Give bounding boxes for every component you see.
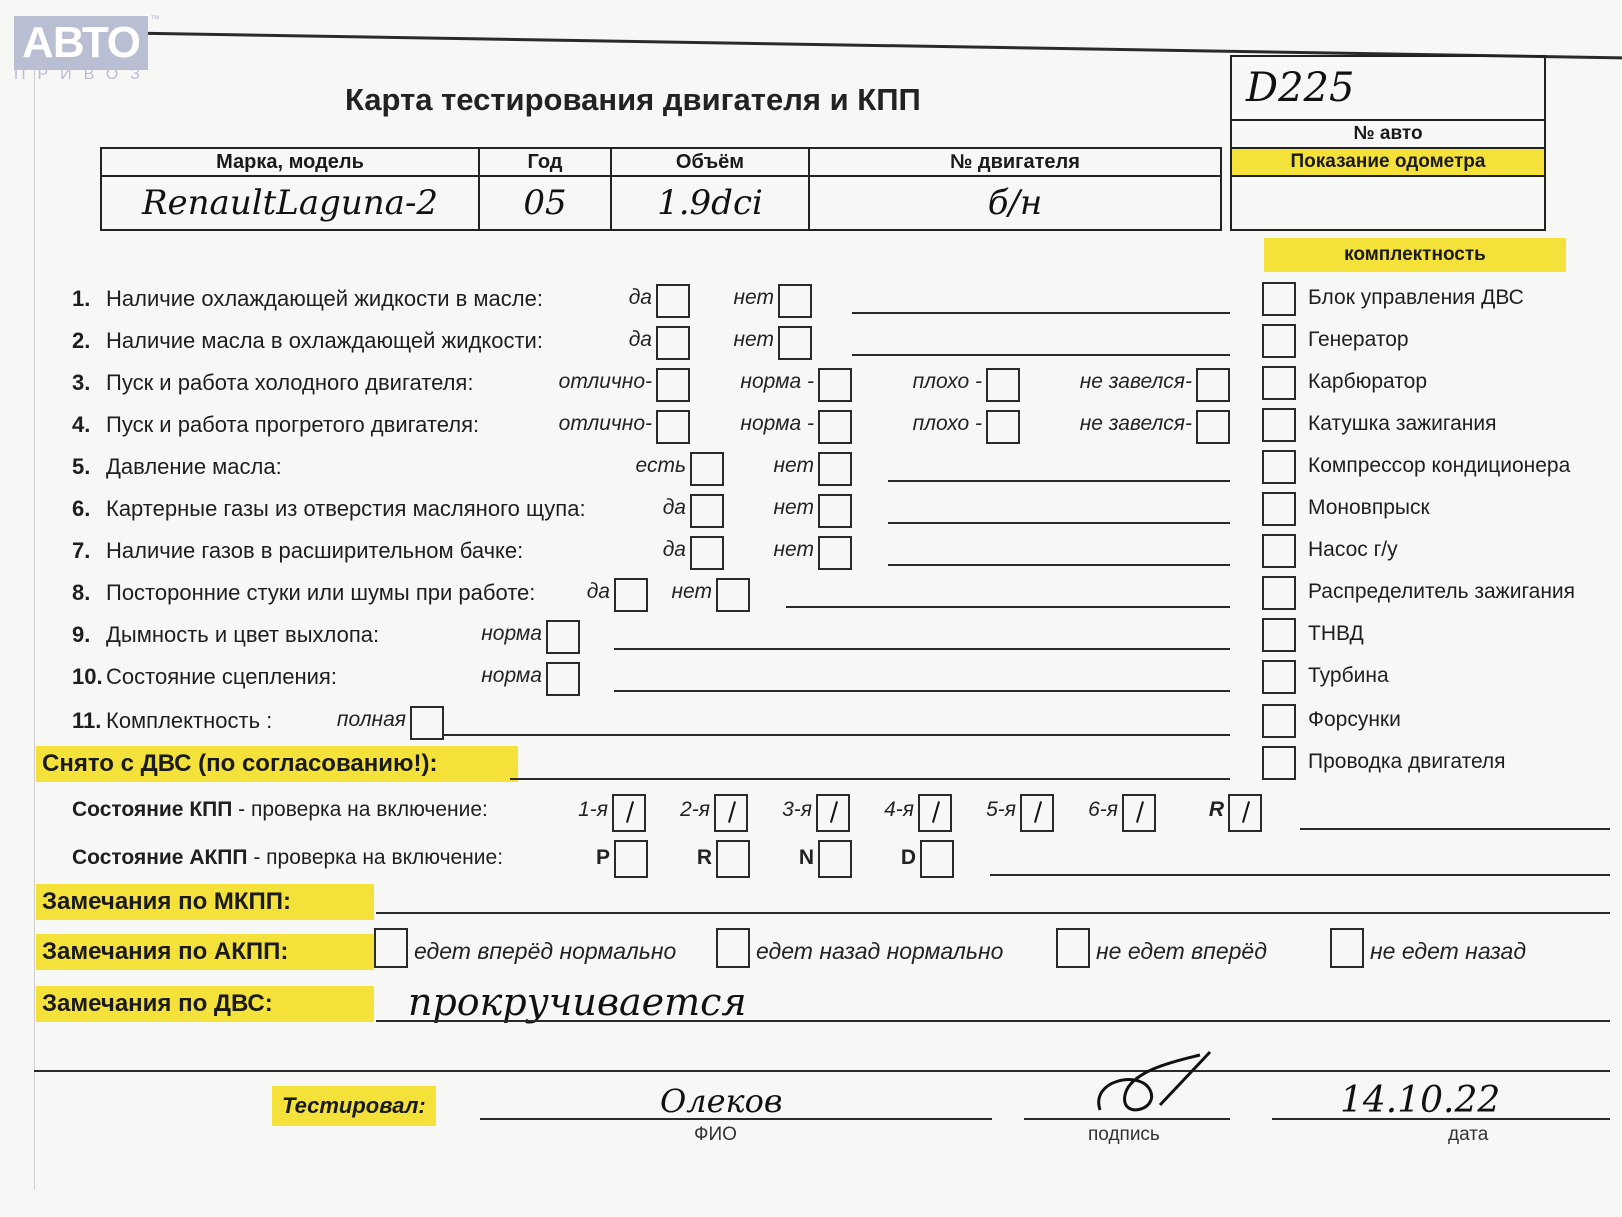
option-checkbox[interactable] (656, 368, 690, 402)
option-label: да (629, 286, 652, 310)
gear-label: 1-я (578, 798, 608, 822)
gear-checkbox[interactable] (714, 794, 748, 832)
gear-label: R (1209, 798, 1224, 822)
sheet-edge (34, 60, 35, 1190)
make-model-value[interactable]: RenaultLaguna-2 (101, 176, 479, 230)
gear-checkbox[interactable] (612, 794, 646, 832)
option-checkbox[interactable] (986, 410, 1020, 444)
gear-checkbox[interactable] (816, 794, 850, 832)
question-number: 8. (72, 580, 106, 606)
signature-caption: подпись (1088, 1124, 1160, 1146)
question-row: 2.Наличие масла в охлаждающей жидкости: (72, 328, 543, 354)
separator-line (34, 1070, 1610, 1072)
completeness-checkbox[interactable] (1262, 660, 1296, 694)
option-label: норма (481, 664, 542, 688)
question-text: Давление масла: (106, 454, 282, 479)
question-number: 5. (72, 454, 106, 480)
col-engine-number: № двигателя (809, 148, 1221, 176)
question-row: 8.Посторонние стуки или шумы при работе: (72, 580, 535, 606)
gear-label: 5-я (986, 798, 1016, 822)
position-checkbox[interactable] (716, 840, 750, 878)
auto-gearbox-subtitle: - проверка на включение: (248, 846, 504, 869)
car-number-value[interactable]: D225 (1232, 57, 1544, 121)
option-label: отлично- (559, 412, 652, 436)
option-checkbox[interactable] (690, 536, 724, 570)
option-label: да (587, 580, 610, 604)
completeness-item-label: Компрессор кондиционера (1308, 454, 1570, 478)
engine-number-value[interactable]: б/н (809, 176, 1221, 230)
dvs-remarks-value[interactable]: прокручивается (408, 980, 747, 1024)
mkpp-remarks-label: Замечания по МКПП: (36, 884, 374, 920)
option-label: норма - (740, 412, 814, 436)
option-label: нет (734, 328, 775, 352)
question-notes-line[interactable] (888, 522, 1230, 524)
question-text: Дымность и цвет выхлопа: (106, 622, 379, 647)
question-notes-line[interactable] (614, 690, 1230, 692)
question-number: 2. (72, 328, 106, 354)
option-label: полная (337, 708, 406, 732)
question-text: Посторонние стуки или шумы при работе: (106, 580, 535, 605)
completeness-checkbox[interactable] (1262, 534, 1296, 568)
completeness-checkbox[interactable] (1262, 576, 1296, 610)
completeness-heading: комплектность (1264, 238, 1566, 272)
logo-subtitle: ПРИВОЗ (14, 66, 152, 84)
gear-checkbox[interactable] (1122, 794, 1156, 832)
completeness-checkbox[interactable] (1262, 366, 1296, 400)
gear-checkbox[interactable] (1020, 794, 1054, 832)
position-checkbox[interactable] (920, 840, 954, 878)
removed-line[interactable] (510, 778, 1230, 780)
year-value[interactable]: 05 (479, 176, 611, 230)
question-text: Наличие охлаждающей жидкости в масле: (106, 286, 543, 311)
car-number-label: № авто (1232, 121, 1544, 149)
manual-gearbox-title: Состояние КПП (72, 798, 232, 821)
manual-gearbox-notes-line[interactable] (1300, 828, 1610, 830)
option-checkbox[interactable] (818, 494, 852, 528)
question-text: Пуск и работа прогретого двигателя: (106, 412, 479, 437)
vehicle-info-table: Марка, модель Год Объём № двигателя Rena… (100, 147, 1222, 231)
completeness-checkbox[interactable] (1262, 618, 1296, 652)
question-notes-line[interactable] (888, 480, 1230, 482)
completeness-item-label: Насос г/у (1308, 538, 1398, 562)
auto-gearbox-title: Состояние АКПП (72, 846, 248, 869)
completeness-checkbox[interactable] (1262, 282, 1296, 316)
option-checkbox[interactable] (778, 284, 812, 318)
position-label: R (697, 846, 712, 870)
option-label: не завелся- (1080, 370, 1192, 394)
option-checkbox[interactable] (1196, 410, 1230, 444)
question-row: 10.Состояние сцепления: (72, 664, 337, 690)
option-checkbox[interactable] (778, 326, 812, 360)
col-volume: Объём (611, 148, 809, 176)
odometer-label: Показание одометра (1232, 149, 1544, 177)
gear-label: 2-я (680, 798, 710, 822)
option-checkbox[interactable] (656, 326, 690, 360)
signature[interactable] (1080, 1050, 1220, 1120)
tested-by-label: Тестировал: (272, 1086, 436, 1126)
option-label: норма (481, 622, 542, 646)
position-checkbox[interactable] (614, 840, 648, 878)
option-label: да (663, 496, 686, 520)
option-label: нет (672, 580, 713, 604)
gear-label: 4-я (884, 798, 914, 822)
manual-gearbox-label: Состояние КПП - проверка на включение: (72, 798, 488, 822)
option-label: отлично- (559, 370, 652, 394)
completeness-item-label: Карбюратор (1308, 370, 1427, 394)
akpp-remark-checkbox[interactable] (1056, 928, 1090, 968)
completeness-item-label: Проводка двигателя (1308, 750, 1506, 774)
option-checkbox[interactable] (546, 620, 580, 654)
question-row: 1.Наличие охлаждающей жидкости в масле: (72, 286, 543, 312)
completeness-checkbox[interactable] (1262, 704, 1296, 738)
odometer-value[interactable] (1232, 177, 1544, 229)
completeness-item-label: Катушка зажигания (1308, 412, 1496, 436)
question-number: 11. (72, 708, 106, 734)
question-row: 4.Пуск и работа прогретого двигателя: (72, 412, 479, 438)
option-label: плохо - (913, 370, 982, 394)
akpp-remark-label: не едет вперёд (1096, 938, 1267, 965)
question-number: 4. (72, 412, 106, 438)
akpp-remarks-label: Замечания по АКПП: (36, 934, 374, 970)
auto-gearbox-notes-line[interactable] (990, 874, 1610, 876)
name-caption: ФИО (694, 1124, 737, 1146)
brand-logo: АВТО (14, 16, 148, 70)
completeness-checkbox[interactable] (1262, 450, 1296, 484)
question-row: 6.Картерные газы из отверстия масляного … (72, 496, 586, 522)
option-checkbox[interactable] (690, 494, 724, 528)
date-caption: дата (1448, 1124, 1488, 1146)
option-checkbox[interactable] (716, 578, 750, 612)
completeness-checkbox[interactable] (1262, 492, 1296, 526)
akpp-remark-checkbox[interactable] (716, 928, 750, 968)
option-checkbox[interactable] (986, 368, 1020, 402)
completeness-item-label: ТНВД (1308, 622, 1364, 646)
gear-checkbox[interactable] (1228, 794, 1262, 832)
completeness-checkbox[interactable] (1262, 746, 1296, 780)
akpp-remark-label: едет назад нормально (756, 938, 1003, 965)
question-notes-line[interactable] (786, 606, 1230, 608)
position-label: P (596, 846, 610, 870)
question-notes-line[interactable] (444, 734, 1230, 736)
question-notes-line[interactable] (888, 564, 1230, 566)
question-row: 5.Давление масла: (72, 454, 282, 480)
completeness-item-label: Моновпрыск (1308, 496, 1430, 520)
logo-trademark: ™ (150, 14, 160, 25)
date-value[interactable]: 14.10.22 (1340, 1080, 1500, 1121)
option-label: да (629, 328, 652, 352)
signature-icon (1080, 1050, 1220, 1120)
question-number: 3. (72, 370, 106, 396)
option-label: есть (636, 454, 686, 478)
signature-line (1024, 1118, 1230, 1120)
completeness-checkbox[interactable] (1262, 324, 1296, 358)
page-title: Карта тестирования двигателя и КПП (345, 82, 921, 118)
question-row: 7.Наличие газов в расширительном бачке: (72, 538, 523, 564)
question-text: Состояние сцепления: (106, 664, 337, 689)
option-checkbox[interactable] (690, 452, 724, 486)
removed-from-engine-label: Снято с ДВС (по согласованию!): (36, 746, 518, 782)
manual-gearbox-subtitle: - проверка на включение: (232, 798, 488, 821)
option-label: нет (774, 538, 815, 562)
dvs-remarks-line[interactable] (376, 1020, 1610, 1022)
completeness-item-label: Форсунки (1308, 708, 1401, 732)
question-notes-line[interactable] (852, 312, 1230, 314)
option-label: плохо - (913, 412, 982, 436)
question-number: 1. (72, 286, 106, 312)
akpp-remark-label: не едет назад (1370, 938, 1526, 965)
question-text: Наличие газов в расширительном бачке: (106, 538, 523, 563)
option-checkbox[interactable] (546, 662, 580, 696)
completeness-item-label: Генератор (1308, 328, 1409, 352)
akpp-remark-checkbox[interactable] (1330, 928, 1364, 968)
car-info-box: D225 № авто Показание одометра (1230, 55, 1546, 231)
question-text: Пуск и работа холодного двигателя: (106, 370, 473, 395)
option-label: норма - (740, 370, 814, 394)
date-line (1272, 1118, 1610, 1120)
question-number: 10. (72, 664, 106, 690)
option-checkbox[interactable] (614, 578, 648, 612)
question-number: 6. (72, 496, 106, 522)
option-label: нет (774, 496, 815, 520)
position-label: D (901, 846, 916, 870)
option-checkbox[interactable] (1196, 368, 1230, 402)
gear-label: 3-я (782, 798, 812, 822)
option-checkbox[interactable] (656, 284, 690, 318)
option-label: не завелся- (1080, 412, 1192, 436)
tester-name-value[interactable]: Олеков (660, 1082, 783, 1120)
auto-gearbox-label: Состояние АКПП - проверка на включение: (72, 846, 503, 870)
option-checkbox[interactable] (410, 706, 444, 740)
dvs-remarks-label: Замечания по ДВС: (36, 986, 374, 1022)
option-checkbox[interactable] (818, 452, 852, 486)
option-checkbox[interactable] (818, 410, 852, 444)
col-year: Год (479, 148, 611, 176)
akpp-remark-label: едет вперёд нормально (414, 938, 676, 965)
option-checkbox[interactable] (818, 368, 852, 402)
completeness-checkbox[interactable] (1262, 408, 1296, 442)
gear-label: 6-я (1088, 798, 1118, 822)
option-label: нет (734, 286, 775, 310)
question-notes-line[interactable] (852, 354, 1230, 356)
question-row: 11.Комплектность : (72, 708, 272, 734)
completeness-item-label: Блок управления ДВС (1308, 286, 1524, 310)
position-label: N (799, 846, 814, 870)
question-text: Комплектность : (106, 708, 272, 733)
tester-name-line (480, 1118, 992, 1120)
question-number: 9. (72, 622, 106, 648)
col-make-model: Марка, модель (101, 148, 479, 176)
question-text: Картерные газы из отверстия масляного щу… (106, 496, 586, 521)
question-notes-line[interactable] (614, 648, 1230, 650)
question-text: Наличие масла в охлаждающей жидкости: (106, 328, 543, 353)
option-checkbox[interactable] (656, 410, 690, 444)
completeness-item-label: Турбина (1308, 664, 1389, 688)
option-checkbox[interactable] (818, 536, 852, 570)
gear-checkbox[interactable] (918, 794, 952, 832)
option-label: да (663, 538, 686, 562)
question-row: 3.Пуск и работа холодного двигателя: (72, 370, 473, 396)
volume-value[interactable]: 1.9dci (611, 176, 809, 230)
question-number: 7. (72, 538, 106, 564)
position-checkbox[interactable] (818, 840, 852, 878)
mkpp-remarks-line[interactable] (376, 912, 1610, 914)
akpp-remark-checkbox[interactable] (374, 928, 408, 968)
question-row: 9.Дымность и цвет выхлопа: (72, 622, 379, 648)
completeness-item-label: Распределитель зажигания (1308, 580, 1575, 604)
option-label: нет (774, 454, 815, 478)
